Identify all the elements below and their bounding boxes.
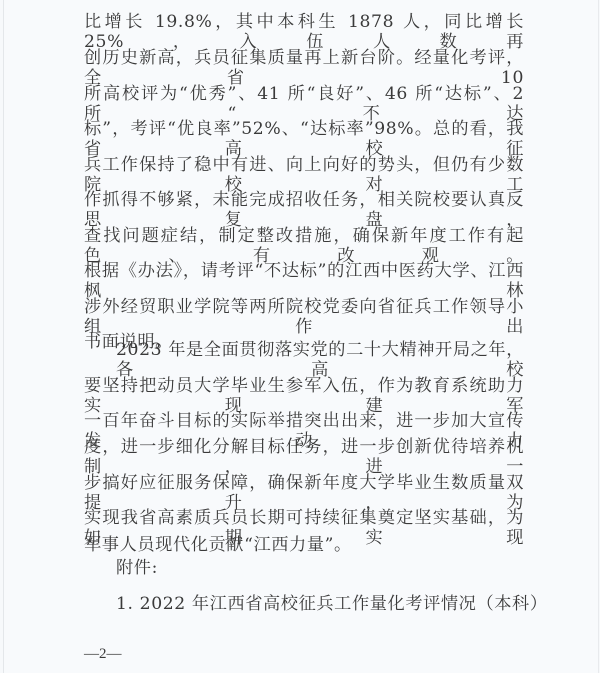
attachment-item: 1. 2022 年江西省高校征兵工作量化考评情况（本科） (116, 594, 548, 614)
text-line: 要坚持把动员大学毕业生参军入伍，作为教育系统助力实现建军 (84, 376, 524, 416)
page-number: —2— (84, 646, 122, 663)
text-line: 步搞好应征服务保障，确保新年度大学毕业生数质量双提升，为 (84, 473, 524, 513)
text-line: 军事人员现代化贡献“江西力量”。 (84, 535, 352, 555)
text-line: 度，进一步细化分解目标任务，进一步创新优待培养机制，进一 (84, 437, 524, 477)
attachments-label: 附件: (116, 558, 158, 578)
text-line: 2023 年是全面贯彻落实党的二十大精神开局之年，各高校 (116, 340, 524, 380)
text-line: 根据《办法》，请考评“不达标”的江西中医药大学、江西枫林 (84, 261, 524, 301)
text-line: 标”，考评“优良率”52%、“达标率”98%。总的看，我省高校征 (84, 119, 524, 159)
text-line: 创历史新高，兵员征集质量再上新台阶。经量化考评，全省 10 (84, 48, 524, 88)
text-line: 作抓得不够紧，未能完成招收任务，相关院校要认真反思复盘， (84, 190, 524, 230)
text-line: 所高校评为“优秀”、41 所“良好”、46 所“达标”、2 所“不达 (84, 84, 524, 124)
text-line: 查找问题症结，制定整改措施，确保新年度工作有起色、有改观。 (84, 226, 524, 266)
text-line: 兵工作保持了稳中有进、向上向好的势头，但仍有少数院校对工 (84, 155, 524, 195)
text-line: 比增长 19.8%，其中本科生 1878 人，同比增长 25%，入伍人数再 (84, 12, 524, 52)
text-line: 涉外经贸职业学院等两所院校党委向省征兵工作领导小组作出 (84, 297, 524, 337)
document-page: 比增长 19.8%，其中本科生 1878 人，同比增长 25%，入伍人数再 创历… (3, 0, 599, 673)
